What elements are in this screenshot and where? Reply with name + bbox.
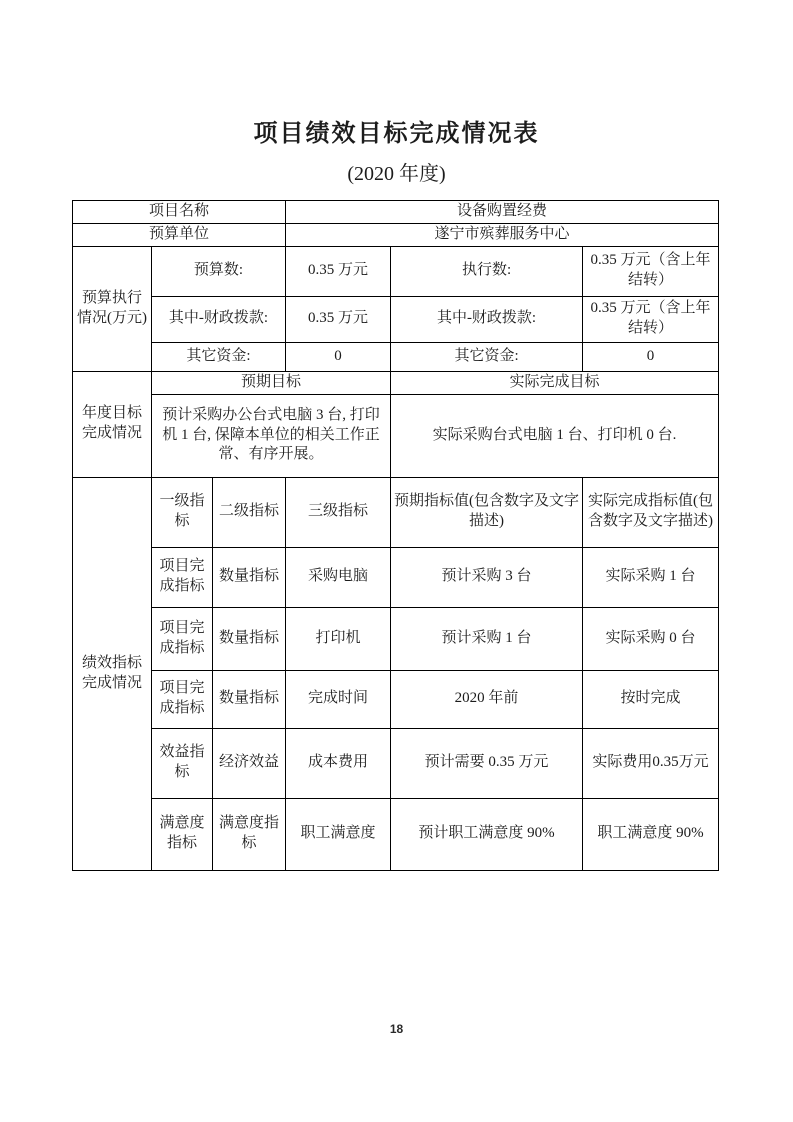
table-row: 预算执行情况(万元) 预算数: 0.35 万元 执行数: 0.35 万元（含上年… bbox=[73, 246, 719, 296]
document-page: 项目绩效目标完成情况表 (2020 年度) 项目名称 设备购置经费 预算单位 遂… bbox=[0, 0, 793, 1122]
table-row: 其中-财政拨款: 0.35 万元 其中-财政拨款: 0.35 万元（含上年结转） bbox=[73, 296, 719, 342]
indicator-cell: 采购电脑 bbox=[286, 547, 391, 607]
indicator-cell: 实际采购 1 台 bbox=[583, 547, 719, 607]
budget-value: 0 bbox=[583, 342, 719, 371]
indicator-cell: 打印机 bbox=[286, 607, 391, 670]
indicator-col-header-expected: 预期指标值(包含数字及文字描述) bbox=[391, 477, 583, 547]
budget-label: 执行数: bbox=[391, 246, 583, 296]
indicator-col-header-actual: 实际完成指标值(包含数字及文字描述) bbox=[583, 477, 719, 547]
indicator-cell: 效益指标 bbox=[152, 728, 213, 798]
actual-goal-header: 实际完成目标 bbox=[391, 371, 719, 394]
indicator-cell: 项目完成指标 bbox=[152, 607, 213, 670]
table-row: 满意度指标 满意度指标 职工满意度 预计职工满意度 90% 职工满意度 90% bbox=[73, 798, 719, 870]
indicator-cell: 按时完成 bbox=[583, 670, 719, 728]
budget-value: 0.35 万元 bbox=[286, 296, 391, 342]
table-row: 项目完成指标 数量指标 采购电脑 预计采购 3 台 实际采购 1 台 bbox=[73, 547, 719, 607]
page-title: 项目绩效目标完成情况表 bbox=[0, 0, 793, 150]
table-row: 预计采购办公台式电脑 3 台, 打印机 1 台, 保障本单位的相关工作正常、有序… bbox=[73, 394, 719, 477]
table-row: 效益指标 经济效益 成本费用 预计需要 0.35 万元 实际费用0.35万元 bbox=[73, 728, 719, 798]
expected-goal-text: 预计采购办公台式电脑 3 台, 打印机 1 台, 保障本单位的相关工作正常、有序… bbox=[152, 394, 391, 477]
indicator-cell: 经济效益 bbox=[213, 728, 286, 798]
budget-value: 0.35 万元 bbox=[286, 246, 391, 296]
table-row: 项目完成指标 数量指标 打印机 预计采购 1 台 实际采购 0 台 bbox=[73, 607, 719, 670]
budget-label: 其中-财政拨款: bbox=[152, 296, 286, 342]
info-value-budget-unit: 遂宁市殡葬服务中心 bbox=[286, 223, 719, 246]
indicator-cell: 项目完成指标 bbox=[152, 547, 213, 607]
indicator-cell: 实际费用0.35万元 bbox=[583, 728, 719, 798]
indicator-cell: 预计采购 1 台 bbox=[391, 607, 583, 670]
indicator-col-header-level2: 二级指标 bbox=[213, 477, 286, 547]
table-row: 其它资金: 0 其它资金: 0 bbox=[73, 342, 719, 371]
budget-label: 其中-财政拨款: bbox=[391, 296, 583, 342]
budget-label: 其它资金: bbox=[391, 342, 583, 371]
page-number: 18 bbox=[0, 1022, 793, 1036]
indicator-cell: 满意度指标 bbox=[213, 798, 286, 870]
budget-label: 其它资金: bbox=[152, 342, 286, 371]
budget-value: 0.35 万元（含上年结转） bbox=[583, 246, 719, 296]
indicator-cell: 数量指标 bbox=[213, 607, 286, 670]
section-header-indicators: 绩效指标完成情况 bbox=[73, 477, 152, 870]
indicator-cell: 预计采购 3 台 bbox=[391, 547, 583, 607]
table-row: 项目名称 设备购置经费 bbox=[73, 201, 719, 224]
indicator-cell: 项目完成指标 bbox=[152, 670, 213, 728]
info-label-project-name: 项目名称 bbox=[73, 201, 286, 224]
indicator-cell: 职工满意度 90% bbox=[583, 798, 719, 870]
page-subtitle: (2020 年度) bbox=[0, 160, 793, 188]
indicator-col-header-level3: 三级指标 bbox=[286, 477, 391, 547]
indicator-cell: 预计需要 0.35 万元 bbox=[391, 728, 583, 798]
indicator-cell: 完成时间 bbox=[286, 670, 391, 728]
table-row: 年度目标完成情况 预期目标 实际完成目标 bbox=[73, 371, 719, 394]
budget-value: 0 bbox=[286, 342, 391, 371]
performance-table: 项目名称 设备购置经费 预算单位 遂宁市殡葬服务中心 预算执行情况(万元) 预算… bbox=[72, 200, 719, 871]
section-header-budget: 预算执行情况(万元) bbox=[73, 246, 152, 371]
table-row: 绩效指标完成情况 一级指标 二级指标 三级指标 预期指标值(包含数字及文字描述)… bbox=[73, 477, 719, 547]
indicator-cell: 职工满意度 bbox=[286, 798, 391, 870]
indicator-cell: 数量指标 bbox=[213, 670, 286, 728]
indicator-cell: 数量指标 bbox=[213, 547, 286, 607]
budget-value: 0.35 万元（含上年结转） bbox=[583, 296, 719, 342]
indicator-cell: 成本费用 bbox=[286, 728, 391, 798]
indicator-cell: 实际采购 0 台 bbox=[583, 607, 719, 670]
table-row: 项目完成指标 数量指标 完成时间 2020 年前 按时完成 bbox=[73, 670, 719, 728]
info-value-project-name: 设备购置经费 bbox=[286, 201, 719, 224]
info-label-budget-unit: 预算单位 bbox=[73, 223, 286, 246]
indicator-cell: 2020 年前 bbox=[391, 670, 583, 728]
expected-goal-header: 预期目标 bbox=[152, 371, 391, 394]
section-header-annual: 年度目标完成情况 bbox=[73, 371, 152, 477]
indicator-cell: 满意度指标 bbox=[152, 798, 213, 870]
budget-label: 预算数: bbox=[152, 246, 286, 296]
table-row: 预算单位 遂宁市殡葬服务中心 bbox=[73, 223, 719, 246]
indicator-col-header-level1: 一级指标 bbox=[152, 477, 213, 547]
indicator-cell: 预计职工满意度 90% bbox=[391, 798, 583, 870]
actual-goal-text: 实际采购台式电脑 1 台、打印机 0 台. bbox=[391, 394, 719, 477]
